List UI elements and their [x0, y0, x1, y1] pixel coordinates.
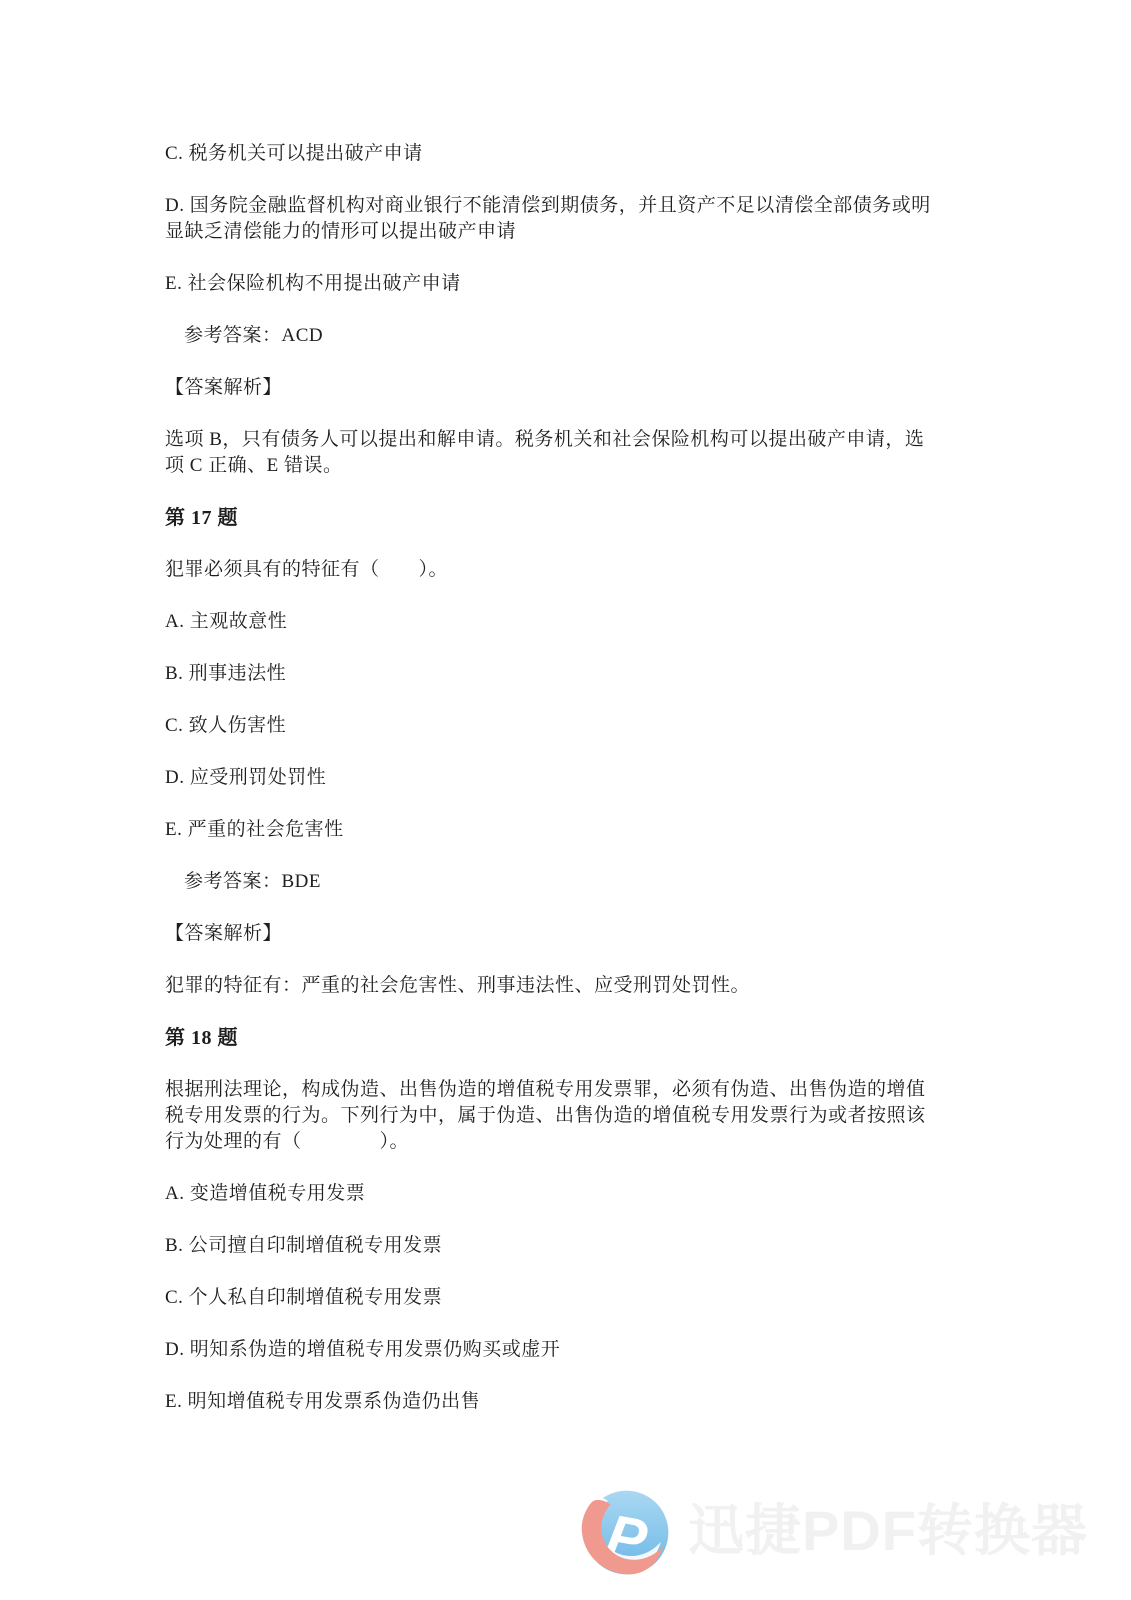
q18-option-a: A. 变造增值税专用发票	[165, 1181, 965, 1207]
q16-option-d: D. 国务院金融监督机构对商业银行不能清偿到期债务，并且资产不足以清偿全部债务或…	[165, 193, 965, 245]
q18-option-b: B. 公司擅自印制增值税专用发票	[165, 1233, 965, 1259]
q16-option-e: E. 社会保险机构不用提出破产申请	[165, 271, 965, 297]
question-17-section: 第 17 题 犯罪必须具有的特征有（ ）。 A. 主观故意性 B. 刑事违法性 …	[165, 505, 965, 999]
pdf-converter-logo-icon: P	[580, 1486, 673, 1579]
q17-option-b: B. 刑事违法性	[165, 661, 965, 687]
q17-heading: 第 17 题	[165, 505, 965, 531]
q17-option-c: C. 致人伤害性	[165, 713, 965, 739]
q17-option-e: E. 严重的社会危害性	[165, 817, 965, 843]
q16-analysis-header: 【答案解析】	[165, 375, 965, 401]
q18-option-d: D. 明知系伪造的增值税专用发票仍购买或虚开	[165, 1337, 965, 1363]
document-content: C. 税务机关可以提出破产申请 D. 国务院金融监督机构对商业银行不能清偿到期债…	[165, 141, 965, 1441]
q17-analysis-header: 【答案解析】	[165, 921, 965, 947]
q18-stem: 根据刑法理论，构成伪造、出售伪造的增值税专用发票罪，必须有伪造、出售伪造的增值 …	[165, 1077, 965, 1155]
q16-analysis-text: 选项 B，只有债务人可以提出和解申请。税务机关和社会保险机构可以提出破产申请，选…	[165, 427, 965, 479]
question-18-section: 第 18 题 根据刑法理论，构成伪造、出售伪造的增值税专用发票罪，必须有伪造、出…	[165, 1025, 965, 1415]
q17-analysis-text: 犯罪的特征有：严重的社会危害性、刑事违法性、应受刑罚处罚性。	[165, 973, 965, 999]
q17-reference-answer: 参考答案：BDE	[165, 869, 965, 895]
pdf-converter-watermark: P 迅捷PDF转换器	[580, 1486, 1088, 1579]
q16-reference-answer: 参考答案：ACD	[165, 323, 965, 349]
question-16-section: C. 税务机关可以提出破产申请 D. 国务院金融监督机构对商业银行不能清偿到期债…	[165, 141, 965, 479]
q17-stem: 犯罪必须具有的特征有（ ）。	[165, 557, 965, 583]
q17-option-d: D. 应受刑罚处罚性	[165, 765, 965, 791]
q18-heading: 第 18 题	[165, 1025, 965, 1051]
q18-option-c: C. 个人私自印制增值税专用发票	[165, 1285, 965, 1311]
watermark-text: 迅捷PDF转换器	[688, 1503, 1088, 1563]
q16-option-c: C. 税务机关可以提出破产申请	[165, 141, 965, 167]
q17-option-a: A. 主观故意性	[165, 609, 965, 635]
q18-option-e: E. 明知增值税专用发票系伪造仍出售	[165, 1389, 965, 1415]
